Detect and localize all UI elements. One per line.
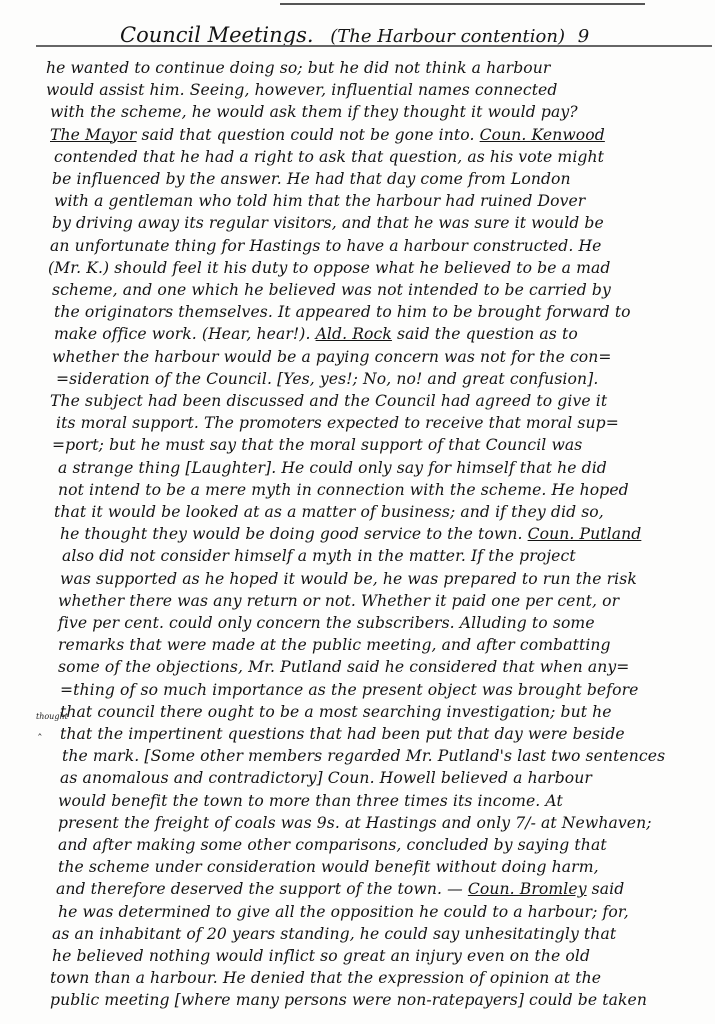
line-text: with the scheme, he would ask them if th… xyxy=(50,103,578,121)
line-text: some of the objections, Mr. Putland said… xyxy=(58,658,629,676)
line-text: that the impertinent questions that had … xyxy=(60,725,625,743)
line-text: five per cent. could only concern the su… xyxy=(58,614,595,632)
scan-edge-rule xyxy=(280,3,645,5)
line-text: with a gentleman who told him that the h… xyxy=(54,192,585,210)
speaker-name: Coun. Putland xyxy=(528,525,642,543)
line-text: and after making some other comparisons,… xyxy=(58,836,607,854)
line-text: be influenced by the answer. He had that… xyxy=(52,170,571,188)
line-text: he wanted to continue doing so; but he d… xyxy=(46,59,551,77)
manuscript-page: Council Meetings. (The Harbour contentio… xyxy=(0,0,715,1024)
line-text: scheme, and one which he believed was no… xyxy=(52,281,611,299)
line-text: town than a harbour. He denied that the … xyxy=(50,969,601,987)
line-text: =port; but he must say that the moral su… xyxy=(52,436,582,454)
line-text: present the freight of coals was 9s. at … xyxy=(58,814,652,832)
line-text: not intend to be a mere myth in connecti… xyxy=(58,481,629,499)
line-text: =thing of so much importance as the pres… xyxy=(60,681,638,699)
line-text: that council there ought to be a most se… xyxy=(60,703,612,721)
line-text: said that question could not be gone int… xyxy=(136,126,479,144)
heading-underline xyxy=(36,45,712,47)
line-text: contended that he had a right to ask tha… xyxy=(54,148,604,166)
speaker-name: Ald. Rock xyxy=(316,325,392,343)
line-text: would assist him. Seeing, however, influ… xyxy=(46,81,557,99)
line-text: also did not consider himself a myth in … xyxy=(62,547,576,565)
speaker-name: The Mayor xyxy=(50,126,136,144)
line-text: remarks that were made at the public mee… xyxy=(58,636,611,654)
line-text: (Mr. K.) should feel it his duty to oppo… xyxy=(48,259,610,277)
line-text: said the question as to xyxy=(392,325,578,343)
line-text: its moral support. The promoters expecte… xyxy=(56,414,619,432)
page-number: 9 xyxy=(578,26,589,47)
heading-title: Council Meetings. xyxy=(120,23,314,47)
line-text: the originators themselves. It appeared … xyxy=(54,303,631,321)
line-text: an unfortunate thing for Hastings to hav… xyxy=(50,237,601,255)
speaker-name: Coun. Kenwood xyxy=(480,126,605,144)
line-text: whether the harbour would be a paying co… xyxy=(52,348,612,366)
line-text: whether there was any return or not. Whe… xyxy=(58,592,619,610)
speaker-name: Coun. Bromley xyxy=(468,880,587,898)
insertion-caret-icon: ‸ xyxy=(38,724,42,736)
line-text: that it would be looked at as a matter o… xyxy=(54,503,604,521)
line-text: public meeting [where many persons were … xyxy=(50,991,647,1009)
line-text: the scheme under consideration would ben… xyxy=(58,858,599,876)
line-text: The subject had been discussed and the C… xyxy=(50,392,607,410)
line-text: make office work. (Hear, hear!). xyxy=(54,325,316,343)
line-text: =sideration of the Council. [Yes, yes!; … xyxy=(56,370,598,388)
heading-subtitle: (The Harbour contention) xyxy=(330,26,565,47)
line-text: he believed nothing would inflict so gre… xyxy=(52,947,590,965)
manuscript-line: public meeting [where many persons were … xyxy=(50,987,647,1014)
line-text: as an inhabitant of 20 years standing, h… xyxy=(52,925,616,943)
line-text: was supported as he hoped it would be, h… xyxy=(60,570,637,588)
line-text: and therefore deserved the support of th… xyxy=(56,880,468,898)
line-text: as anomalous and contradictory] Coun. Ho… xyxy=(60,769,592,787)
line-text: by driving away its regular visitors, an… xyxy=(52,214,604,232)
line-text: he was determined to give all the opposi… xyxy=(58,903,629,921)
line-text: he thought they would be doing good serv… xyxy=(60,525,528,543)
line-text: said xyxy=(587,880,625,898)
line-text: a strange thing [Laughter]. He could onl… xyxy=(58,459,607,477)
line-text: would benefit the town to more than thre… xyxy=(58,792,563,810)
line-text: the mark. [Some other members regarded M… xyxy=(62,747,665,765)
